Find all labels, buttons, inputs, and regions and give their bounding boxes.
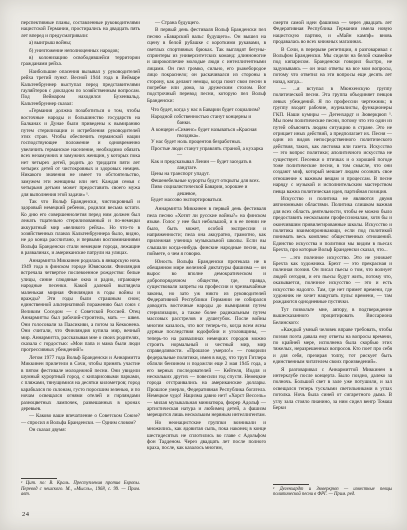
column-3: смерти самой идеи фашизма — через двадца…	[273, 20, 392, 498]
list-item-b: б) уничтожение неполноценных народов;	[21, 48, 140, 54]
footnote: ¹ Дегенхардт и Зюверкрюп — известные пев…	[273, 481, 392, 498]
page-number: 24	[22, 511, 30, 518]
verse-line: Что будет, когда у нас в Баварии будет с…	[147, 107, 266, 113]
paragraph: Но неонацистские группки возникали и мно…	[147, 420, 266, 452]
paragraph: Аннармитта Миккинен в первый день фестив…	[147, 206, 266, 257]
verse-line: Как и предсказывал Ленин — будет заседат…	[147, 159, 266, 172]
verse-line: Пиво социалистической Баварии, хорошее и…	[147, 184, 266, 197]
paragraph: Наибольшие опасения вызывал у руководите…	[21, 69, 140, 107]
footnote-text: ¹ Цит. по: В. Краль. Преступления против…	[21, 481, 140, 498]
quote-paragraph: «Каждый умный человек вправе требовать, …	[273, 327, 392, 365]
dialogue-line: — Каково ваше впечатление о Советском Со…	[21, 413, 140, 426]
dialogue-paragraph: — ...это полезное искусство. Это не униж…	[273, 255, 392, 306]
paragraph: Искусство и политика не являются двумя а…	[273, 196, 392, 254]
verse-line: А концерн «Сименс» будет называться «Кра…	[147, 127, 266, 140]
paragraph: Юность Вольфа Бранденски протекала не в …	[147, 259, 266, 419]
song-lyrics: Что будет, когда у нас в Баварии будет с…	[147, 107, 266, 203]
column-2: — Страна будущего. В первый день фестива…	[147, 20, 266, 498]
dialogue-paragraph: — ...я вступал в Мюнхенскую группу полит…	[273, 86, 392, 195]
paragraph: В первый день фестиваля Вольф Бранденски…	[147, 27, 266, 104]
footnote-divider	[21, 478, 57, 479]
list-item-v: в) колонизацию освободившейся территории…	[21, 55, 140, 68]
list-item-a: а) выигрыш войны;	[21, 40, 140, 46]
verse-line: Народной собственностью станут концерны …	[147, 114, 266, 127]
footnote-divider	[273, 484, 309, 485]
paragraph: Он сказал двумя:	[21, 427, 140, 433]
paragraph: В Сочи, в перерыве репетиции, я разговар…	[273, 47, 392, 85]
scanned-magazine-page: перспективные планы, составленные руково…	[0, 0, 407, 530]
paragraph: Летом 1977 года Вольф Бранденски и Аннар…	[21, 355, 140, 413]
footnote-text: ¹ Дегенхардт и Зюверкрюп — известные пев…	[273, 487, 392, 498]
paragraph: Я разговаривал с Аннармиттой Миккинен в …	[273, 367, 392, 412]
paragraph: смерти самой идеи фашизма — через двадца…	[273, 20, 392, 46]
paragraph: Тут позвольте мне, автору, в подтвержден…	[273, 307, 392, 326]
verse-line: Простые люди станут управлять страной, а…	[147, 146, 266, 159]
quote-paragraph: «Германия должна позаботиться о том, что…	[21, 108, 140, 198]
dialogue-line: — Страна будущего.	[147, 20, 266, 26]
footnote: ¹ Цит. по: В. Краль. Преступления против…	[21, 475, 140, 498]
paragraph: перспективные планы, составленные руково…	[21, 20, 140, 39]
paragraph: Аннармитта Миккинен родилась в январскую…	[21, 258, 140, 354]
text-columns: перспективные планы, составленные руково…	[21, 20, 392, 498]
paragraph: Так что Вольф Бранденски, чистокровный и…	[21, 199, 140, 257]
column-1: перспективные планы, составленные руково…	[21, 20, 140, 498]
verse-line: Будет массово экспортироваться.	[147, 197, 266, 203]
